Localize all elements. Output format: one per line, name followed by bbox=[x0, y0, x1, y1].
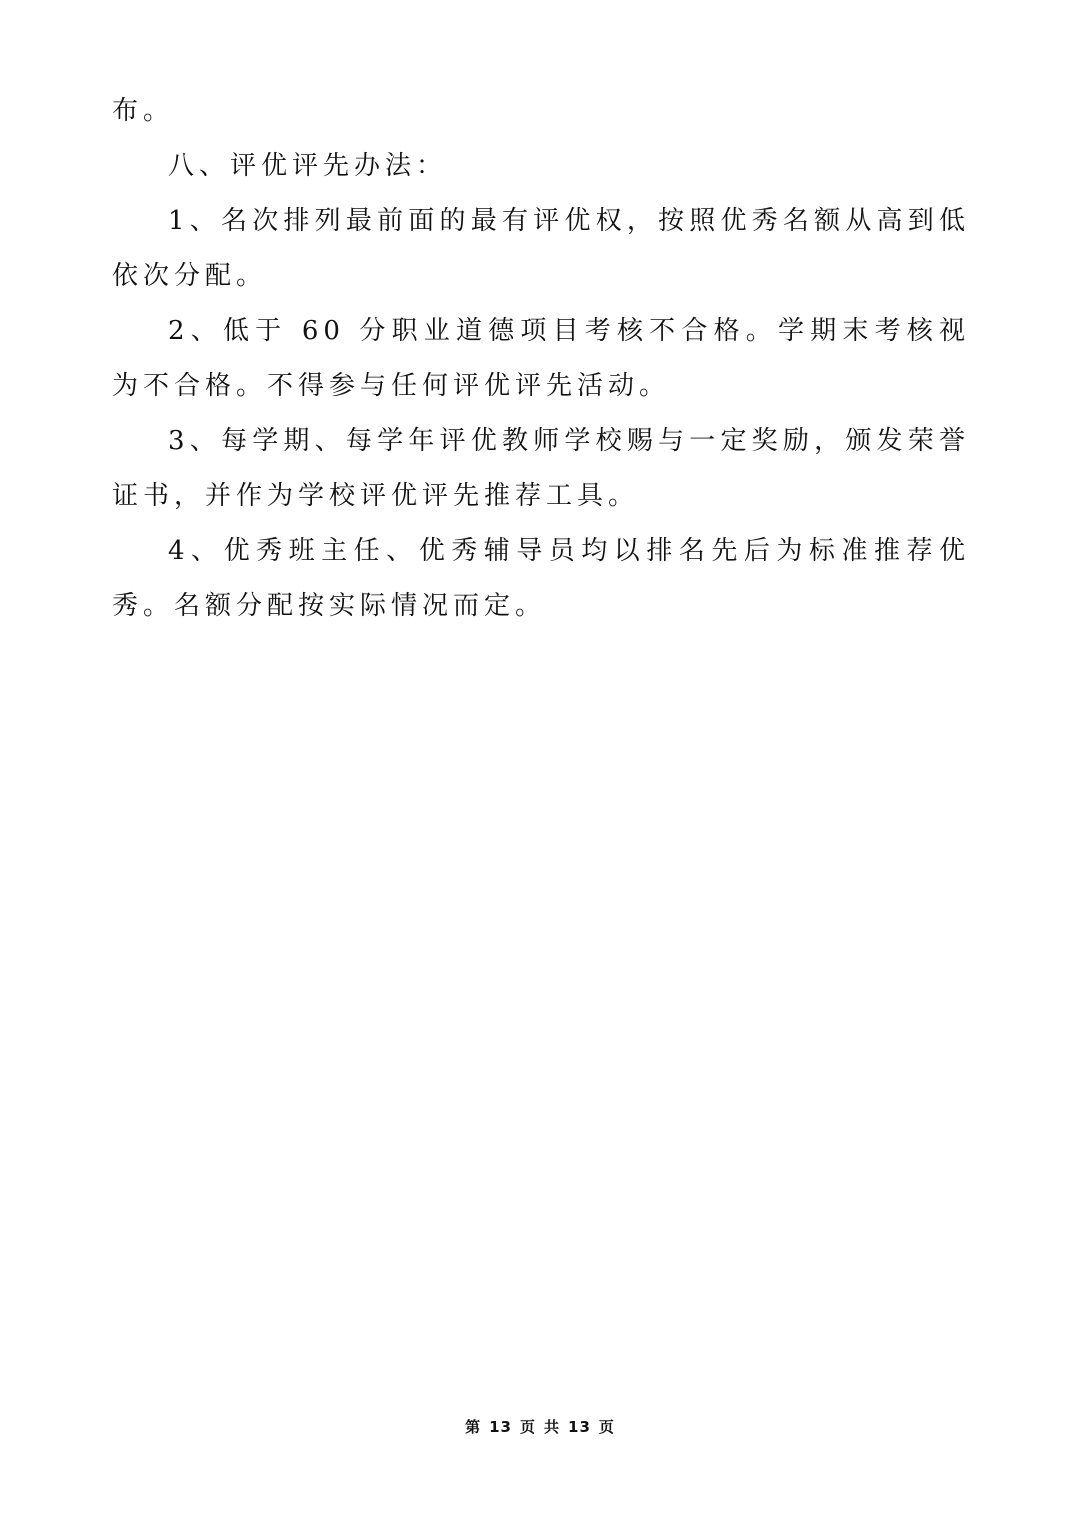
total-page-count: 13 bbox=[568, 1418, 591, 1436]
paragraph-rule-4: 4、优秀班主任、优秀辅导员均以排名先后为标准推荐优秀。名额分配按实际情况而定。 bbox=[112, 524, 970, 634]
paragraph-rule-1: 1、名次排列最前面的最有评优权，按照优秀名额从高到低依次分配。 bbox=[112, 194, 970, 304]
footer-page-word: 页 bbox=[520, 1416, 536, 1437]
document-body: 布。 八、评优评先办法： 1、名次排列最前面的最有评优权，按照优秀名额从高到低依… bbox=[112, 84, 970, 634]
paragraph-continuation: 布。 bbox=[112, 84, 970, 139]
current-page-number: 13 bbox=[489, 1418, 512, 1436]
paragraph-rule-3: 3、每学期、每学年评优教师学校赐与一定奖励，颁发荣誉证书，并作为学校评优评先推荐… bbox=[112, 414, 970, 524]
footer-total-word: 共 bbox=[544, 1416, 560, 1437]
footer-prefix: 第 bbox=[465, 1416, 481, 1437]
page-footer: 第13页共13页 bbox=[0, 1416, 1080, 1437]
section-heading-evaluation-method: 八、评优评先办法： bbox=[112, 139, 970, 194]
paragraph-rule-2: 2、低于 60 分职业道德项目考核不合格。学期末考核视为不合格。不得参与任何评优… bbox=[112, 304, 970, 414]
document-page: 布。 八、评优评先办法： 1、名次排列最前面的最有评优权，按照优秀名额从高到低依… bbox=[0, 0, 1080, 1527]
footer-suffix: 页 bbox=[599, 1416, 615, 1437]
